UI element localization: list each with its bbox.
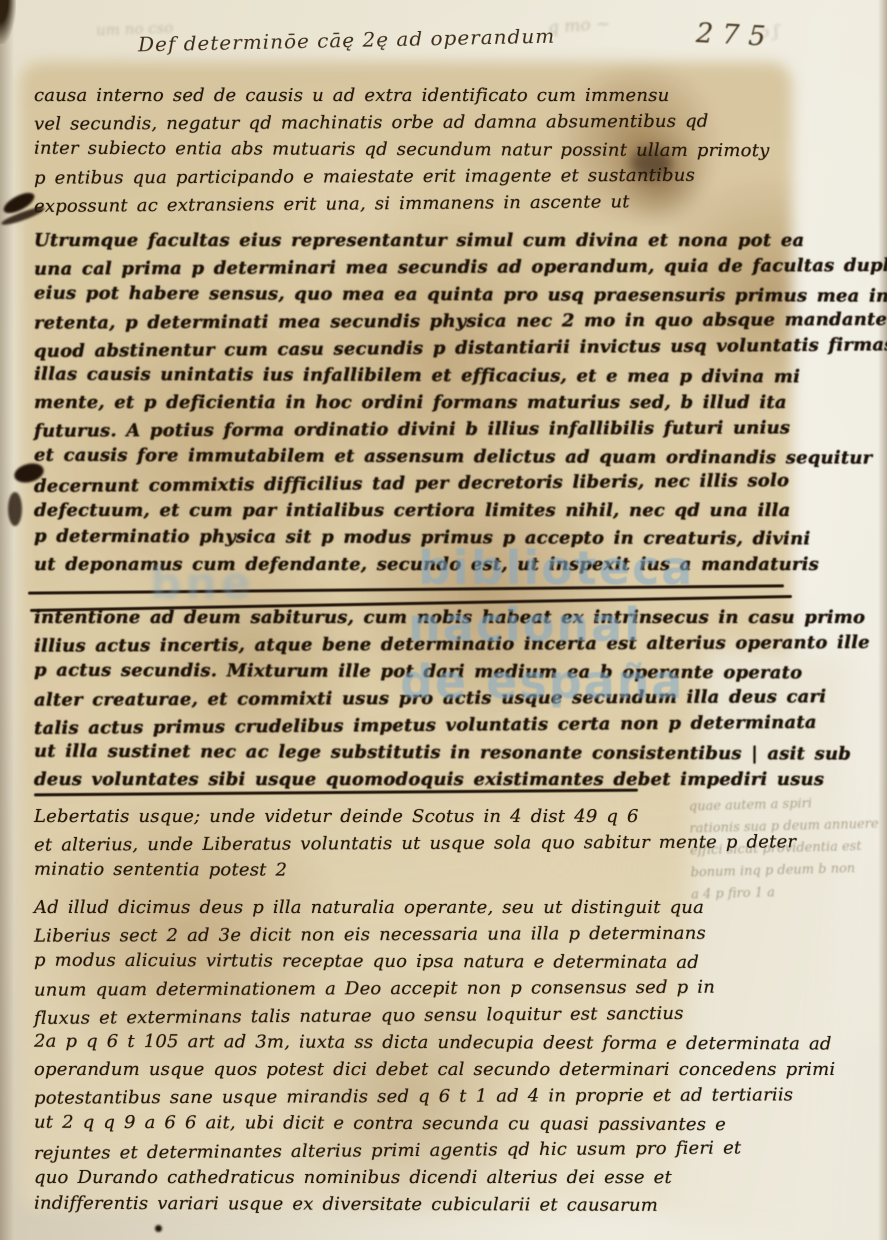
manuscript-line: talis actus primus crudelibus impetus vo… (34, 709, 794, 742)
page-edge (878, 0, 887, 1240)
bleed-through-mark: q mo ~ (547, 14, 611, 38)
page-heading: Def determinōe cāę 2ę ad operandum (138, 24, 556, 57)
manuscript-line: mente, et p deficientia in hoc ordini fo… (34, 389, 794, 416)
manuscript-line: ut deponamus cum defendante, secundo est… (34, 551, 794, 578)
manuscript-line: una cal prima p determinari mea secundis… (34, 252, 794, 282)
manuscript-line: deus voluntates sibi usque quomodoquis e… (34, 766, 794, 793)
manuscript-line: p modus alicuius virtutis receptae quo i… (34, 947, 794, 977)
manuscript-paragraph: Ad illud dicimus deus p illa naturalia o… (34, 894, 794, 1218)
manuscript-line: defectuum, et cum par intialibus certior… (34, 497, 794, 524)
ink-blot (155, 1225, 162, 1232)
manuscript-paragraph: Lebertatis usque; unde videtur deinde Sc… (34, 803, 794, 884)
manuscript-line: minatio sententia potest 2 (34, 856, 794, 886)
manuscript-line: fluxus et exterminans talis naturae quo … (34, 999, 794, 1032)
manuscript-line: rejuntes et determinantes alterius primi… (34, 1134, 794, 1167)
manuscript-line: indifferentis variari usque ex diversita… (34, 1190, 794, 1220)
manuscript-line: et causis fore immutabilem et assensum d… (34, 442, 794, 472)
folio-number: 275 (695, 18, 775, 53)
manuscript-line: p actus secundis. Mixturum ille pot dari… (34, 657, 794, 687)
manuscript-line: potestantibus sane usque mirandis sed q … (34, 1081, 794, 1111)
ink-blot (8, 492, 22, 526)
manuscript-paragraph: intentione ad deum sabiturus, cum nobis … (34, 604, 794, 793)
manuscript-line: quod abstinentur cum casu secundis p dis… (34, 332, 794, 365)
manuscript-scan: Def determinōe cāę 2ę ad operandum 275 u… (0, 0, 887, 1240)
manuscript-paragraph: Utrumque facultas eius representantur si… (34, 227, 794, 578)
manuscript-line: vel secundis, negatur qd machinatis orbe… (34, 107, 794, 137)
manuscript-line: et alterius, unde Liberatus voluntatis u… (34, 828, 794, 858)
binding-edge (0, 0, 14, 1240)
dark-corner-notch (0, 0, 16, 44)
manuscript-line: p determinatio physica sit p modus primu… (34, 523, 794, 553)
ink-blot (630, 148, 672, 178)
manuscript-line: operandum usque quos potest dici debet c… (34, 1056, 794, 1083)
manuscript-line: Lebertatis usque; unde videtur deinde Sc… (34, 803, 794, 830)
manuscript-line: quo Durando cathedraticus nominibus dice… (34, 1164, 794, 1191)
manuscript-line: expossunt ac extransiens erit una, si im… (34, 187, 794, 220)
manuscript-line: eius pot habere sensus, quo mea ea quint… (34, 280, 794, 310)
manuscript-line: Utrumque facultas eius representantur si… (34, 227, 794, 254)
manuscript-line: decernunt commixtis difficilius tad per … (34, 467, 794, 500)
manuscript-line: illius actus incertis, atque bene determ… (34, 629, 794, 659)
manuscript-line: ut illa sustinet nec ac lege substitutis… (34, 738, 794, 768)
manuscript-paragraph: causa interno sed de causis u ad extra i… (34, 82, 794, 217)
manuscript-line: illas causis unintatis ius infallibilem … (34, 361, 794, 391)
manuscript-line: inter subiecto entia abs mutuaris qd sec… (34, 135, 794, 165)
manuscript-line: causa interno sed de causis u ad extra i… (34, 82, 794, 109)
manuscript-line: ut 2 q q 9 a 6 6 ait, ubi dicit e contra… (34, 1109, 794, 1139)
manuscript-line: Liberius sect 2 ad 3e dicit non eis nece… (34, 919, 794, 949)
manuscript-line: 2a p q 6 t 105 art ad 3m, iuxta ss dicta… (34, 1028, 794, 1058)
manuscript-line: Ad illud dicimus deus p illa naturalia o… (34, 894, 794, 921)
manuscript-line: futurus. A potius forma ordinatio divini… (34, 414, 794, 444)
manuscript-text-block: causa interno sed de causis u ad extra i… (34, 82, 794, 1228)
